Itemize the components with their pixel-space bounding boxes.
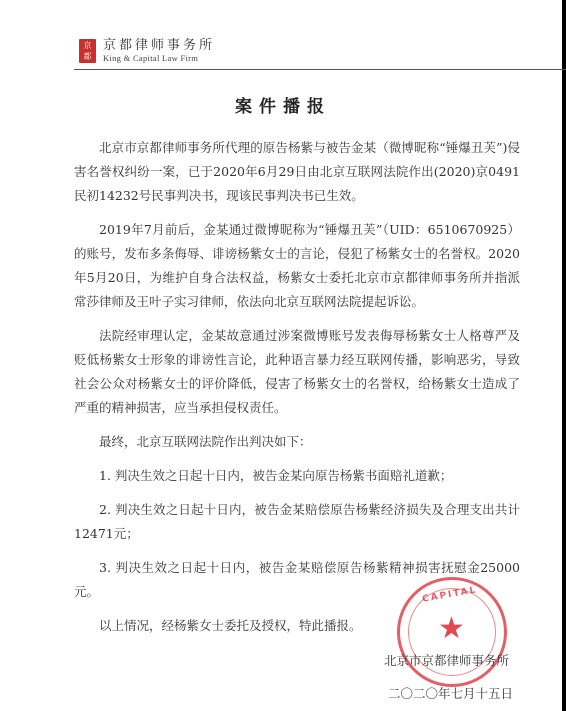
signature-organization: 北京市京都律师事务所 <box>0 651 566 669</box>
paragraph-court-finding: 法院经审理认定，金某故意通过涉案微博账号发表侮辱杨紫女士人格尊严及贬低杨紫女士形… <box>74 324 520 420</box>
firm-names: 京都律师事务所 King & Capital Law Firm <box>103 38 215 64</box>
paragraph-intro: 北京市京都律师事务所代理的原告杨紫与被告金某（微博昵称“锤爆丑芙”)侵害名誉权纠… <box>74 136 520 208</box>
document-title: 案件播报 <box>0 92 566 117</box>
logo-glyph-top: 京 <box>79 40 96 51</box>
firm-name-en: King & Capital Law Firm <box>103 53 215 64</box>
paragraph-judgment-intro: 最终，北京互联网法院作出判决如下： <box>74 430 520 454</box>
document-body: 北京市京都律师事务所代理的原告杨紫与被告金某（微博昵称“锤爆丑芙”)侵害名誉权纠… <box>74 136 520 648</box>
logo-glyph-bottom: 都 <box>79 51 96 62</box>
signature-date: 二〇二〇年七月十五日 <box>0 684 566 702</box>
official-seal-stamp: CAPITAL ★ <box>397 577 507 687</box>
firm-logo-icon: 京 都 <box>79 39 96 63</box>
judgment-item-1: 1. 判决生效之日起十日内，被告金某向原告杨紫书面赔礼道歉； <box>74 464 520 488</box>
paragraph-background: 2019年7月前后，金某通过微博昵称为“锤爆丑芙”（UID：6510670925… <box>74 218 520 314</box>
seal-star-icon: ★ <box>438 614 465 644</box>
letterhead: 京 都 京都律师事务所 King & Capital Law Firm <box>79 38 215 64</box>
judgment-item-2: 2. 判决生效之日起十日内，被告金某赔偿原告杨紫经济损失及合理支出共计12471… <box>74 498 520 546</box>
firm-name-cn: 京都律师事务所 <box>103 38 215 53</box>
letterhead-divider <box>74 69 566 70</box>
